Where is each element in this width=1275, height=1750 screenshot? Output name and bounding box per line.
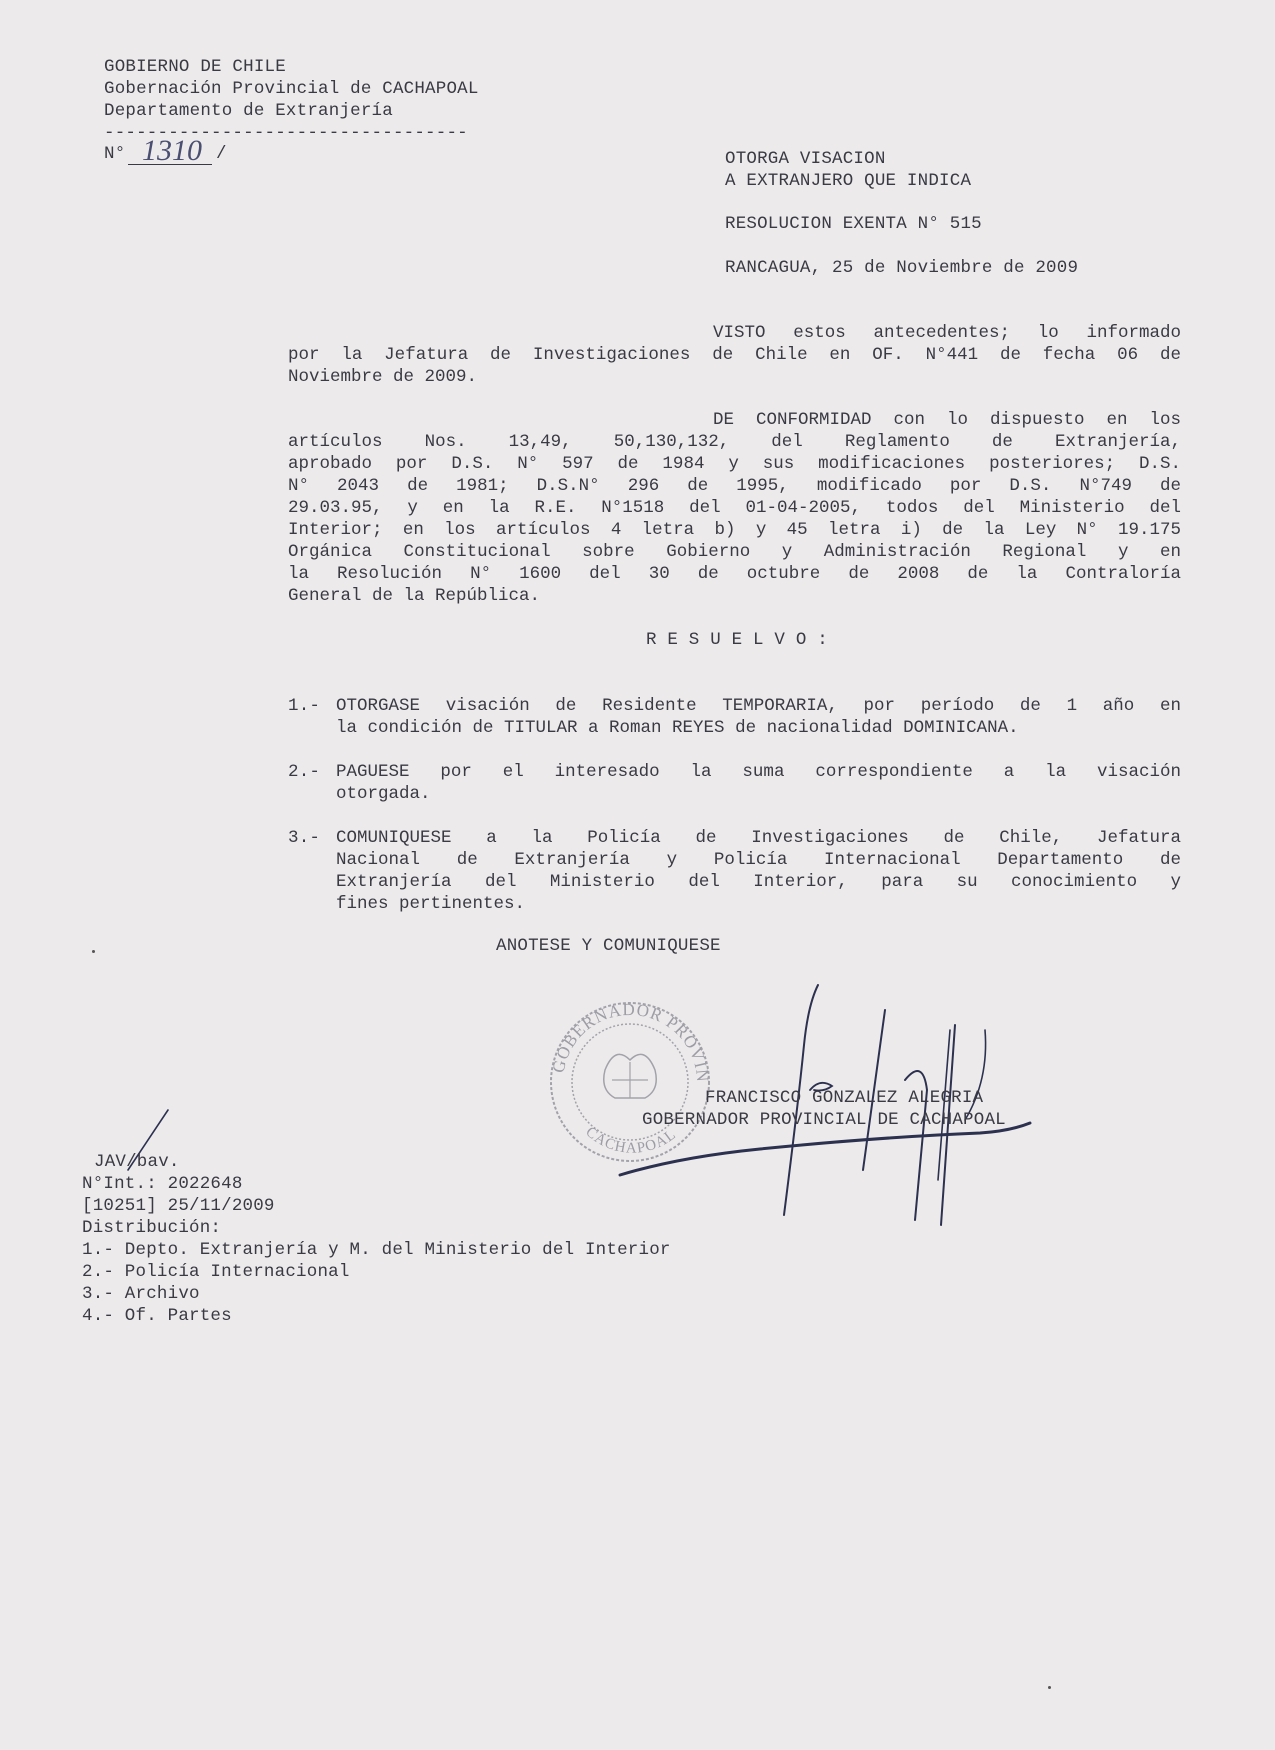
distribution-item: 1.- Depto. Extranjería y M. del Minister… xyxy=(82,1239,671,1261)
svg-text:GOBERNADOR PROVINCIAL: GOBERNADOR PROVINCIAL xyxy=(0,0,712,1083)
scan-speck xyxy=(92,950,95,953)
stamp-and-signature: GOBERNADOR PROVINCIAL CACHAPOAL xyxy=(0,0,1275,1750)
scan-speck xyxy=(1048,1686,1051,1689)
signatory-title: GOBERNADOR PROVINCIAL DE CACHAPOAL xyxy=(642,1109,1006,1131)
signatory-name: FRANCISCO GONZALEZ ALEGRIA xyxy=(705,1087,983,1109)
stamp-text-top: GOBERNADOR PROVINCIAL xyxy=(0,0,712,1083)
distribution-item: 4.- Of. Partes xyxy=(82,1305,232,1327)
distribution-item: 2.- Policía Internacional xyxy=(82,1261,350,1283)
footer-initials: JAV/bav. xyxy=(94,1151,180,1173)
footer-internal-number: N°Int.: 2022648 xyxy=(82,1173,243,1195)
footer-distribution-label: Distribución: xyxy=(82,1217,221,1239)
distribution-item: 3.- Archivo xyxy=(82,1283,200,1305)
footer-reference-date: [10251] 25/11/2009 xyxy=(82,1195,275,1217)
